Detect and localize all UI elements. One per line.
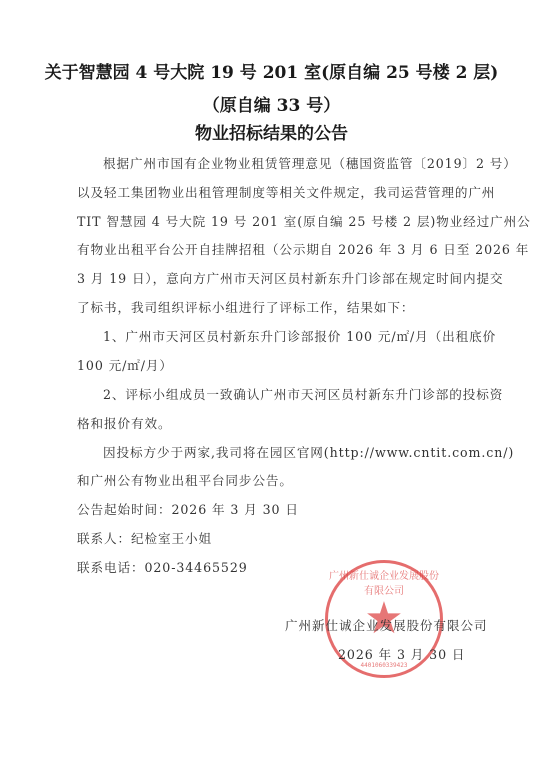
paragraph-1-line: 根据广州市国有企业物业租赁管理意见（穗国资监管〔2019〕2 号） <box>103 153 517 172</box>
contact-phone: 联系电话：020-34465529 <box>77 557 248 576</box>
paragraph-2-line: 100 元/㎡/月） <box>77 355 173 374</box>
signature-company: 广州新仕诚企业发展股份有限公司 <box>285 615 487 634</box>
paragraph-4-line: 因投标方少于两家,我司将在园区官网(http://www.cntit.com.c… <box>103 442 514 461</box>
paragraph-3-line: 2、评标小组成员一致确认广州市天河区员村新东升门诊部的投标资 <box>103 384 503 403</box>
paragraph-3-line: 格和报价有效。 <box>77 413 171 432</box>
title-line-1: 关于智慧园 4 号大院 19 号 201 室(原自编 25 号楼 2 层) <box>0 58 543 83</box>
paragraph-2-line: 1、广州市天河区员村新东升门诊部报价 100 元/㎡/月（出租底价 <box>103 326 496 345</box>
paragraph-1-line: 3 月 19 日），意向方广州市天河区员村新东升门诊部在规定时间内提交 <box>77 268 503 287</box>
paragraph-1-line: 以及轻工集团物业出租管理制度等相关文件规定，我司运营管理的广州 <box>77 182 495 201</box>
signature-date: 2026 年 3 月 30 日 <box>338 644 465 663</box>
seal-code: 4401060339423 <box>328 662 440 669</box>
start-date: 公告起始时间：2026 年 3 月 30 日 <box>77 499 299 518</box>
title-line-2: （原自编 33 号） <box>0 91 543 116</box>
paragraph-4-line: 和广州公有物业出租平台同步公告。 <box>77 470 293 489</box>
paragraph-1-line: TIT 智慧园 4 号大院 19 号 201 室(原自编 25 号楼 2 层)物… <box>77 211 531 230</box>
paragraph-1-line: 有物业出租平台公开自挂牌招租（公示期自 2026 年 3 月 6 日至 2026… <box>77 239 529 258</box>
contact-person: 联系人：纪检室王小姐 <box>77 528 212 547</box>
paragraph-1-line: 了标书，我司组织评标小组进行了评标工作，结果如下： <box>77 297 414 316</box>
title-line-3: 物业招标结果的公告 <box>0 119 543 144</box>
